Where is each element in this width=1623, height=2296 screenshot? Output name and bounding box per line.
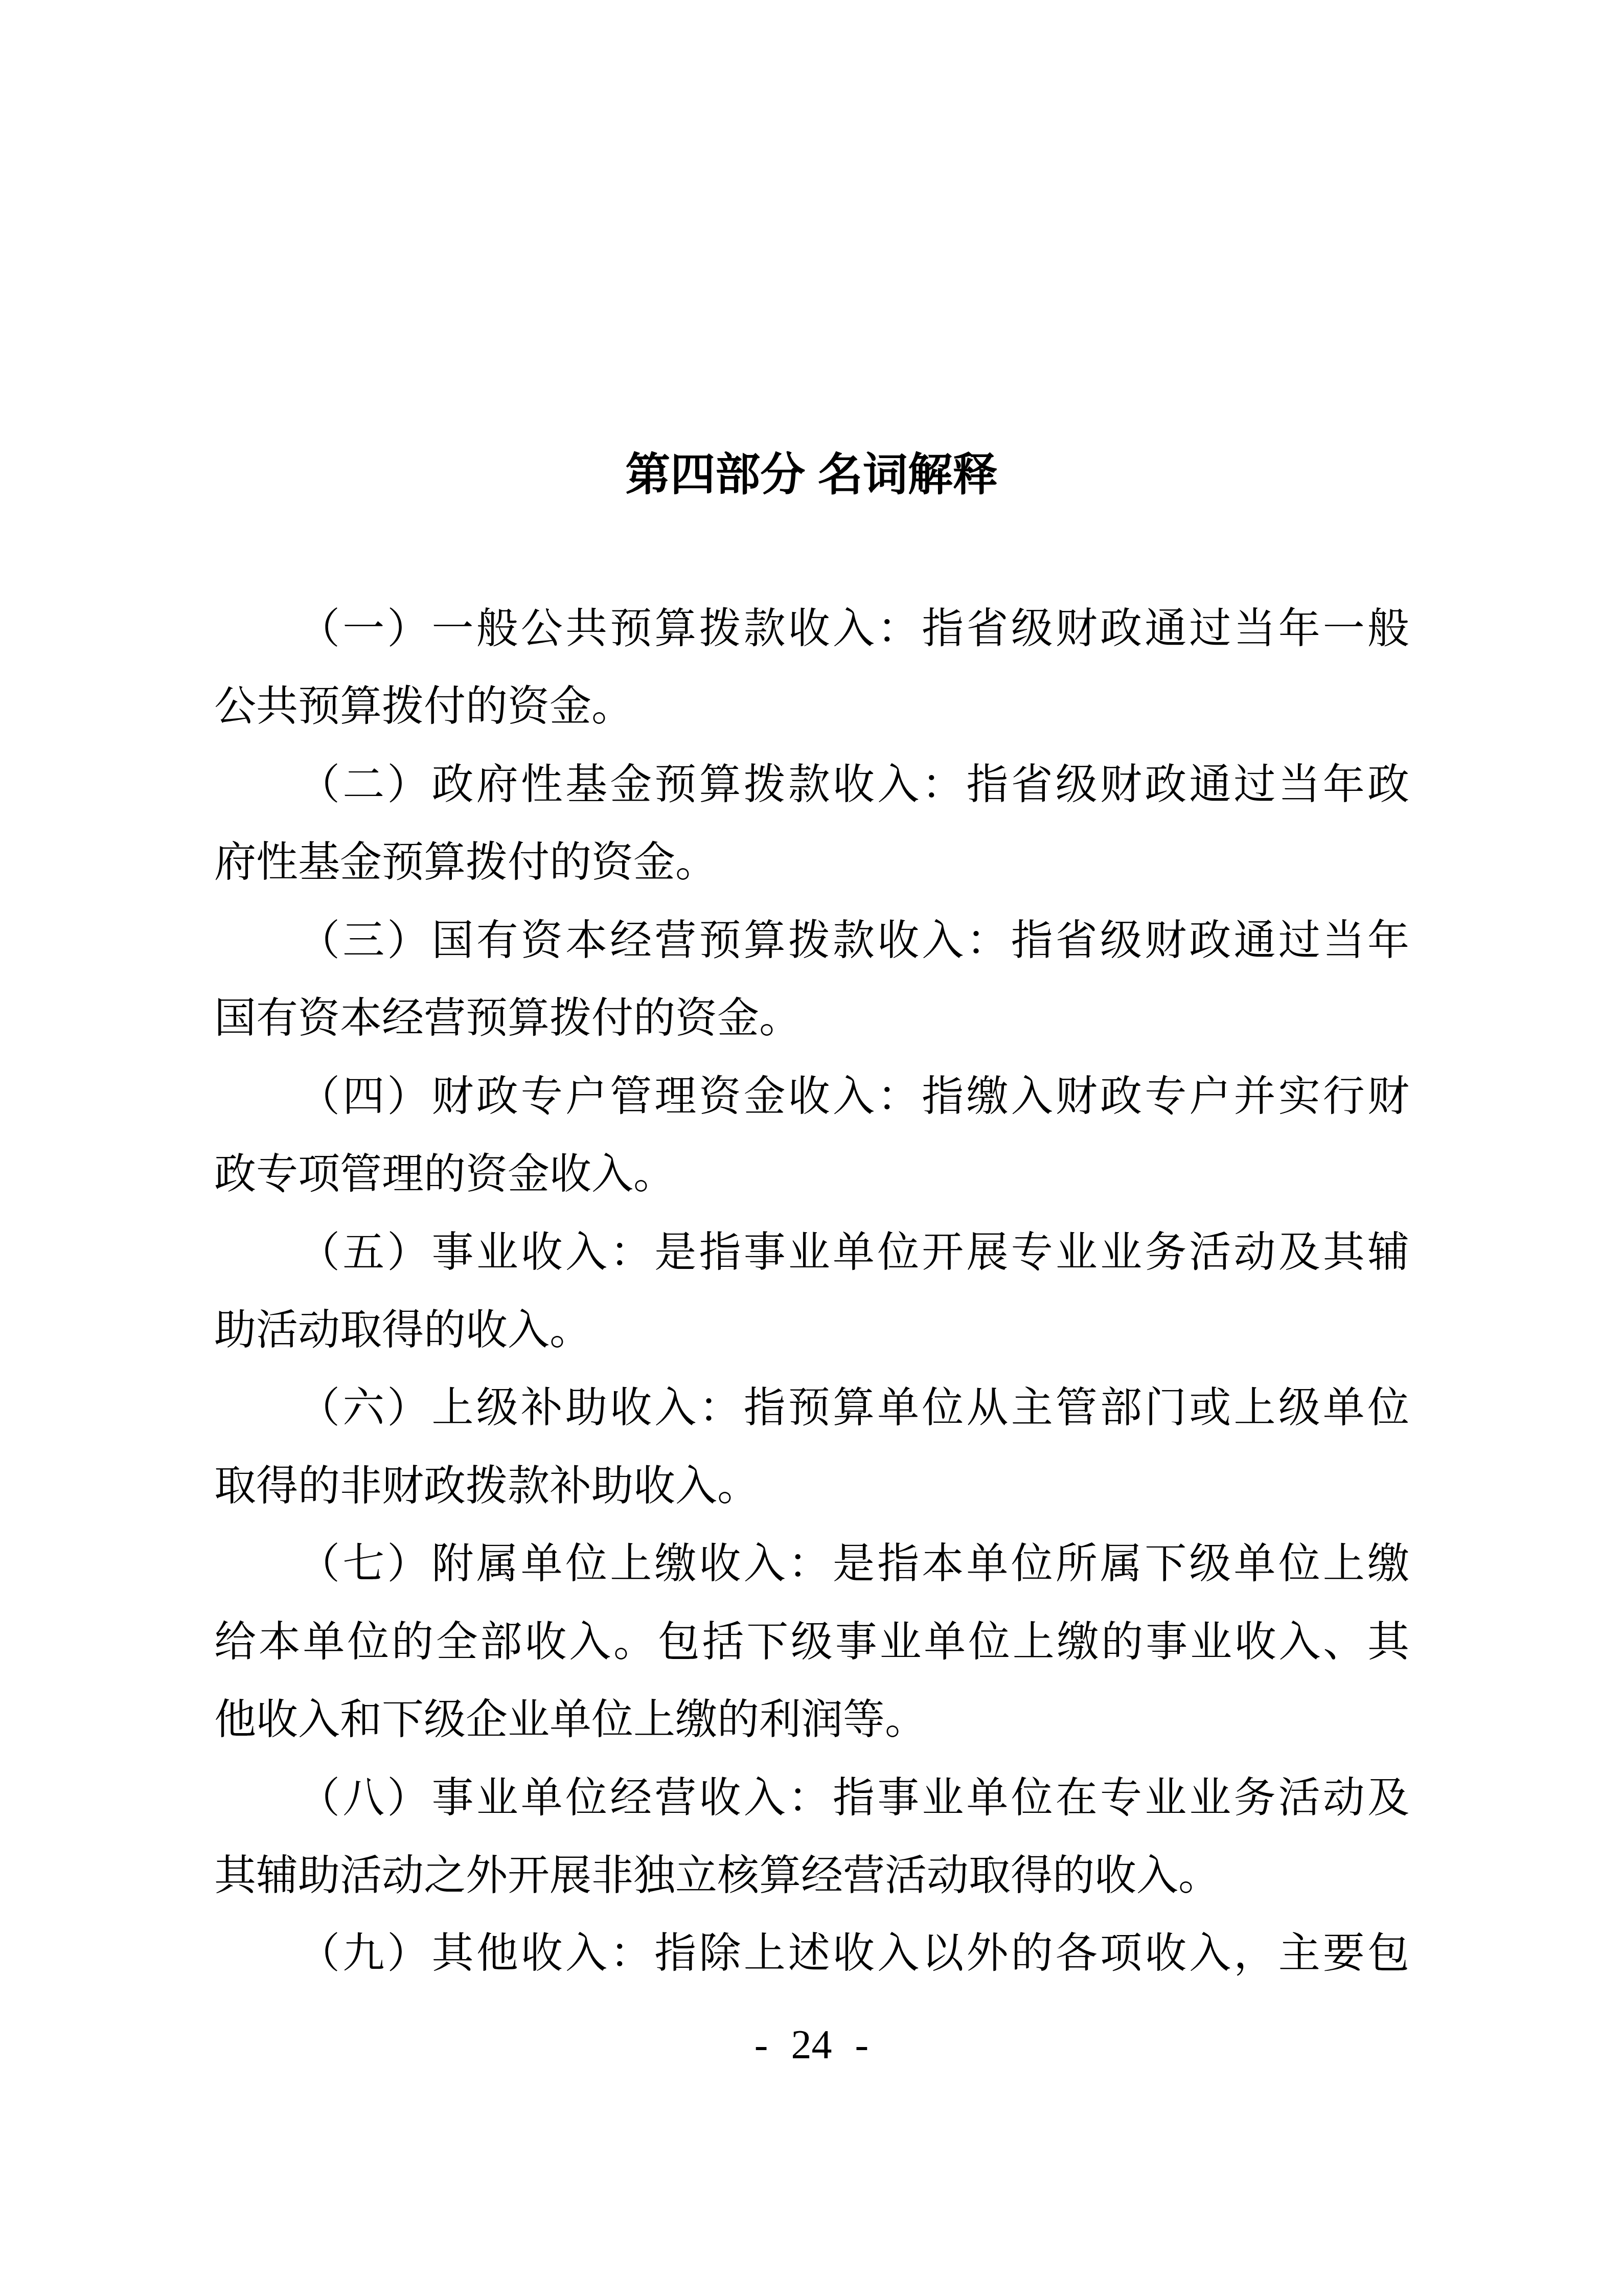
- paragraph-line: （四）财政专户管理资金收入：指缴入财政专户并实行财: [214, 1058, 1409, 1135]
- section-title: 第四部分 名词解释: [0, 443, 1623, 506]
- document-body: （一）一般公共预算拨款收入：指省级财政通过当年一般公共预算拨付的资金。（二）政府…: [214, 590, 1409, 1993]
- paragraph-line: 取得的非财政拨款补助收入。: [214, 1447, 1409, 1525]
- paragraph-line: （一）一般公共预算拨款收入：指省级财政通过当年一般: [214, 590, 1409, 668]
- paragraph-line: 给本单位的全部收入。包括下级事业单位上缴的事业收入、其: [214, 1603, 1409, 1681]
- paragraph-line: （七）附属单位上缴收入：是指本单位所属下级单位上缴: [214, 1525, 1409, 1603]
- document-page: 第四部分 名词解释 （一）一般公共预算拨款收入：指省级财政通过当年一般公共预算拨…: [0, 0, 1623, 2296]
- paragraph-line: （二）政府性基金预算拨款收入：指省级财政通过当年政: [214, 746, 1409, 824]
- paragraph-line: （八）事业单位经营收入：指事业单位在专业业务活动及: [214, 1759, 1409, 1837]
- paragraph-line: 助活动取得的收入。: [214, 1291, 1409, 1369]
- paragraph-line: 公共预算拨付的资金。: [214, 668, 1409, 745]
- paragraph-line: 他收入和下级企业单位上缴的利润等。: [214, 1681, 1409, 1759]
- paragraph-line: （九）其他收入：指除上述收入以外的各项收入，主要包: [214, 1915, 1409, 1992]
- paragraph-line: （五）事业收入：是指事业单位开展专业业务活动及其辅: [214, 1214, 1409, 1291]
- paragraph-line: 其辅助活动之外开展非独立核算经营活动取得的收入。: [214, 1837, 1409, 1915]
- page-number: - 24 -: [0, 2017, 1623, 2073]
- paragraph-line: （三）国有资本经营预算拨款收入：指省级财政通过当年: [214, 902, 1409, 980]
- paragraph-line: （六）上级补助收入：指预算单位从主管部门或上级单位: [214, 1369, 1409, 1447]
- paragraph-line: 政专项管理的资金收入。: [214, 1135, 1409, 1213]
- paragraph-line: 国有资本经营预算拨付的资金。: [214, 980, 1409, 1057]
- paragraph-line: 府性基金预算拨付的资金。: [214, 824, 1409, 901]
